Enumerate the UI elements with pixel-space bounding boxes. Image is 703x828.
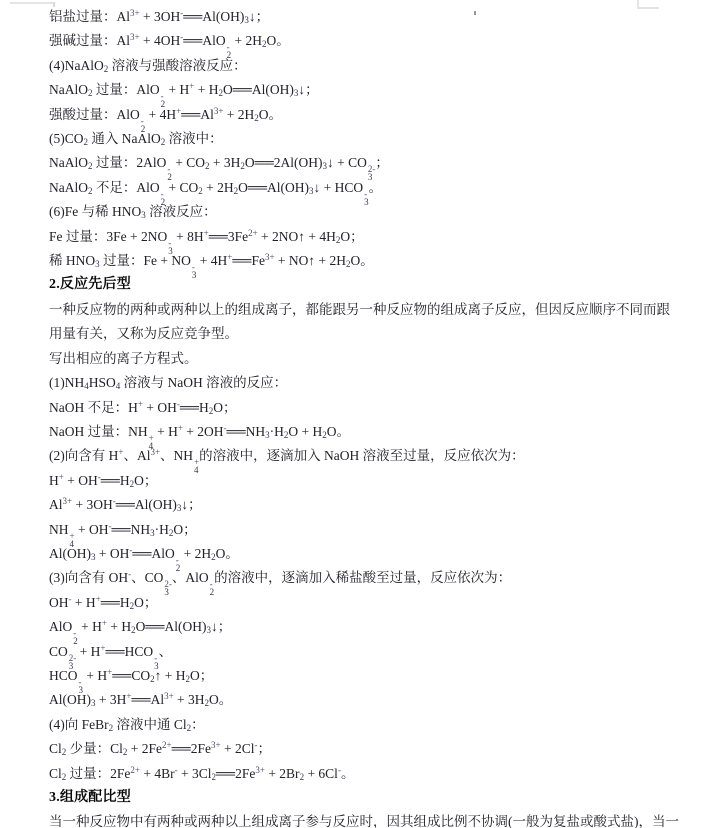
document-line: NaAlO2 过量：AlO-2 + H+ + H2O══Al(OH)3↓； [49,78,703,102]
text-run: ↑ + H [155,668,186,683]
text-run: + H [107,619,131,634]
document-line: 一种反应物的两种或两种以上的组成离子，都能跟另一种反应物的组成离子反应，但因反应… [49,298,703,322]
text-run: 写出相应的离子方程式。 [49,351,198,366]
text-run: 强碱过量：Al [49,33,130,48]
text-run: + 3OH [140,9,181,24]
text-run: H [49,473,59,488]
superscript-charge: 2+ [130,765,140,775]
document-line: H+ + OH-══H2O； [49,469,703,493]
document-line: 当一种反应物中有两种或两种以上组成离子参与反应时，因其组成比例不协调(一般为复盐… [49,810,703,828]
document-page: 铝盐过量：Al3+ + 3OH-══Al(OH)3↓；强碱过量：Al3+ + 4… [0,0,703,828]
text-run: Cl [49,741,62,756]
text-run: ══NH [111,522,150,537]
text-run: 、CO [131,570,163,585]
document-line: OH- + H+══H2O； [49,591,703,615]
text-run: 。 [369,180,383,195]
text-run: 的溶液中，逐滴加入稀盐酸至过量，反应依次为： [214,570,511,585]
text-run: + OH [96,546,130,561]
text-run: O； [134,595,157,610]
text-run: O； [213,400,236,415]
text-run: 。 [341,766,355,781]
text-run: (5)CO [49,131,84,146]
text-run: 2.反应先后型 [49,277,131,292]
text-run: ↓ + CO [327,155,367,170]
superscript-charge: 3+ [150,447,160,457]
text-run: O。 [266,33,289,48]
text-run: 的溶液中，逐滴加入 NaOH 溶液至过量，反应依次为： [199,448,525,463]
stack-subscript: 3 [192,271,197,279]
document-line: NaAlO2 不足：AlO-2 + CO2 + 2H2O══Al(OH)3↓ +… [49,176,703,200]
text-run: + 2NO↑ + 4H [258,229,336,244]
text-run: 溶液中： [165,131,222,146]
text-run: ： [191,717,205,732]
text-run: O； [173,522,196,537]
text-run: + H [154,424,178,439]
text-run: Fe 过量：3Fe + 2NO [49,229,167,244]
document-line: AlO-2 + H+ + H2O══Al(OH)3↓； [49,615,703,639]
text-run: Cl [49,766,62,781]
text-run: 过量：2Fe [66,766,130,781]
text-run: O══2Al(OH) [245,155,323,170]
text-run: + 2Cl [221,741,255,756]
text-run: ══Al(OH) [116,497,177,512]
section-heading: 2.反应先后型 [49,273,703,297]
text-run: + H [165,82,189,97]
text-run: OH [49,595,69,610]
text-run: (4)向 FeBr [49,717,109,732]
text-run: 强酸过量：AlO [49,107,140,122]
document-line: (1)NH4HSO4 溶液与 NaOH 溶液的反应： [49,371,703,395]
document-line: 写出相应的离子方程式。 [49,347,703,371]
text-run: (2)向含有 H [49,448,118,463]
text-run: + 2H [203,180,234,195]
text-run: O。 [327,424,350,439]
ion-charge-stack: 2-3 [164,580,172,596]
text-run: 溶液反应： [146,204,217,219]
text-run: 溶液中通 Cl [113,717,187,732]
superscript-charge: 2+ [162,740,172,750]
text-run: + 8H [173,229,204,244]
text-run: ·H [155,522,169,537]
document-content: 铝盐过量：Al3+ + 3OH-══Al(OH)3↓；强碱过量：Al3+ + 4… [49,5,703,828]
text-run: (4)NaAlO [49,58,104,73]
text-run: 当一种反应物中有两种或两种以上组成离子参与反应时，因其组成比例不协调(一般为复盐… [49,814,679,828]
text-run: ； [375,155,389,170]
text-run: O + H [288,424,322,439]
text-run: + 2Fe [127,741,162,756]
text-run: + 2H [231,33,262,48]
document-line: NaOH 过量：NH+4 + H+ + 2OH-══NH3·H2O + H2O。 [49,420,703,444]
text-run: + 3OH [72,497,113,512]
superscript-charge: 3+ [63,496,73,506]
text-run: + CO [165,180,198,195]
text-run: + 4H [196,253,227,268]
text-run: Al(OH) [49,692,91,707]
text-run: ══AlO [132,546,174,561]
document-line: (3)向含有 OH-、CO2-3、AlO-2的溶液中，逐滴加入稀盐酸至过量，反应… [49,566,703,590]
text-run: 、AlO [172,570,209,585]
text-run: O。 [351,253,374,268]
text-run: 过量：2AlO [93,155,167,170]
superscript-charge: 3+ [255,765,265,775]
text-run: 通入 NaAlO [88,131,161,146]
text-run: 过量：Fe + NO [100,253,191,268]
stack-subscript: 3 [364,198,369,206]
text-run: ══Al [131,692,164,707]
text-run: Al(OH) [49,546,91,561]
document-line: Al3+ + 3OH-══Al(OH)3↓； [49,493,703,517]
text-run: ══H [101,595,130,610]
stack-subscript: 4 [194,466,199,474]
text-run: + 4OH [140,33,181,48]
text-run: + 6Cl [304,766,338,781]
text-run: 、NH [160,448,193,463]
text-run: 不足：AlO [93,180,160,195]
document-line: (2)向含有 H+、Al3+、NH+4的溶液中，逐滴加入 NaOH 溶液至过量，… [49,444,703,468]
text-run: O。 [259,107,282,122]
text-run: + H [78,619,102,634]
document-line: 铝盐过量：Al3+ + 3OH-══Al(OH)3↓； [49,5,703,29]
text-run: ； [257,741,271,756]
text-run: O。 [216,546,239,561]
text-run: 用量有关，又称为反应竞争型。 [49,326,238,341]
text-run: O。 [209,692,232,707]
text-run: NaAlO [49,82,88,97]
stack-subscript: 2 [210,588,215,596]
text-run: NH [49,522,69,537]
text-run: + 2H [223,107,254,122]
text-run: + H [83,668,107,683]
text-run: ↓； [249,9,269,24]
text-run: ↓； [298,82,318,97]
text-run: ══NH [227,424,266,439]
text-run: ══Fe [232,253,265,268]
text-run: O； [134,473,157,488]
text-run: + OH [64,473,98,488]
document-line: (4)NaAlO2 溶液与强酸溶液反应： [49,54,703,78]
document-line: Cl2 少量：Cl2 + 2Fe2+══2Fe3+ + 2Cl-； [49,737,703,761]
superscript-charge: 3+ [164,691,174,701]
text-run: 过量：AlO [93,82,160,97]
text-run: O； [190,668,213,683]
document-line: (4)向 FeBr2 溶液中通 Cl2： [49,713,703,737]
text-run: + 4H [145,107,176,122]
text-run: ·H [270,424,284,439]
text-boundary-mark-top-left-horizontal [10,2,54,4]
document-line: CO2-3 + H+══HCO-3、 [49,640,703,664]
text-run: ══Al [181,107,214,122]
text-run: ══CO [112,668,150,683]
document-line: HCO-3 + H+══CO2↑ + H2O； [49,664,703,688]
text-run: ↓ + HCO [314,180,364,195]
document-line: 稀 HNO3 过量：Fe + NO-3 + 4H+══Fe3+ + NO↑ + … [49,249,703,273]
text-run: + 2Br [265,766,300,781]
text-run: + 2OH [183,424,224,439]
text-run: 溶液与强酸溶液反应： [108,58,246,73]
document-line: NaAlO2 过量：2AlO-2 + CO2 + 3H2O══2Al(OH)3↓… [49,151,703,175]
text-run: + 4Br [140,766,175,781]
text-run: + 3Cl [178,766,212,781]
text-run: O══Al(OH) [223,82,294,97]
document-line: (6)Fe 与稀 HNO3 溶液反应： [49,200,703,224]
text-run: + 2H [180,546,211,561]
document-line: Fe 过量：3Fe + 2NO-3 + 8H+══3Fe2+ + 2NO↑ + … [49,225,703,249]
text-run: ══3Fe [209,229,248,244]
text-run: + H [72,595,96,610]
text-run: NaAlO [49,180,88,195]
superscript-charge: 3+ [130,32,140,42]
text-run: HSO [89,375,116,390]
superscript-charge: 2+ [248,228,258,238]
text-run: 铝盐过量：Al [49,9,130,24]
text-run: + NO↑ + 2H [275,253,346,268]
document-line: Al(OH)3 + 3H+══Al3+ + 3H2O。 [49,688,703,712]
text-run: (1)NH [49,375,84,390]
text-run: + OH [143,400,177,415]
document-line: 用量有关，又称为反应竞争型。 [49,322,703,346]
superscript-charge: 3+ [265,252,275,262]
document-line: Al(OH)3 + OH-══AlO-2 + 2H2O。 [49,542,703,566]
text-run: + 3H [96,692,127,707]
text-run: ↓； [181,497,201,512]
document-line: NH+4 + OH-══NH3·H2O； [49,518,703,542]
document-line: 强酸过量：AlO-2 + 4H+══Al3+ + 2H2O。 [49,103,703,127]
text-run: O； [340,229,363,244]
text-run: HCO [49,668,78,683]
text-run: 溶液与 NaOH 溶液的反应： [120,375,287,390]
text-run: Al [49,497,63,512]
document-line: 强碱过量：Al3+ + 4OH-══AlO-2 + 2H2O。 [49,29,703,53]
text-run: 稀 HNO [49,253,95,268]
text-run: ══H [180,400,209,415]
superscript-charge: 3+ [130,8,140,18]
text-run: 3.组成配比型 [49,790,131,805]
text-run: ══2Fe [216,766,255,781]
text-run: (3)向含有 OH [49,570,128,585]
text-run: ↓； [211,619,231,634]
text-run: ══2Fe [172,741,211,756]
superscript-charge: 3+ [214,106,224,116]
text-run: 少量：Cl [66,741,123,756]
text-run: AlO [49,619,72,634]
text-run: ══HCO [105,644,153,659]
text-run: 、Al [123,448,150,463]
text-run: ══AlO [183,33,225,48]
document-line: (5)CO2 通入 NaAlO2 溶液中： [49,127,703,151]
text-run: + 3H [210,155,241,170]
text-run: ══Al(OH) [183,9,244,24]
text-run: O══Al(OH) [238,180,309,195]
document-line: Cl2 过量：2Fe2+ + 4Br- + 3Cl2══2Fe3+ + 2Br2… [49,762,703,786]
text-run: ══H [101,473,130,488]
text-run: CO [49,644,68,659]
text-run: + H [194,82,218,97]
text-run: + H [76,644,100,659]
text-run: + CO [172,155,205,170]
text-run: O══Al(OH) [136,619,207,634]
text-run: + 3H [174,692,205,707]
text-run: 一种反应物的两种或两种以上的组成离子，都能跟另一种反应物的组成离子反应，但因反应… [49,302,670,317]
text-run: (6)Fe 与稀 HNO [49,204,141,219]
text-run: NaOH 不足：H [49,400,138,415]
document-line: NaOH 不足：H+ + OH-══H2O； [49,396,703,420]
stack-subscript: 3 [164,588,169,596]
text-run: 、 [159,644,173,659]
section-heading: 3.组成配比型 [49,786,703,810]
text-run: NaOH 过量：NH [49,424,148,439]
superscript-charge: 3+ [211,740,221,750]
text-run: NaAlO [49,155,88,170]
text-run: + OH [75,522,109,537]
